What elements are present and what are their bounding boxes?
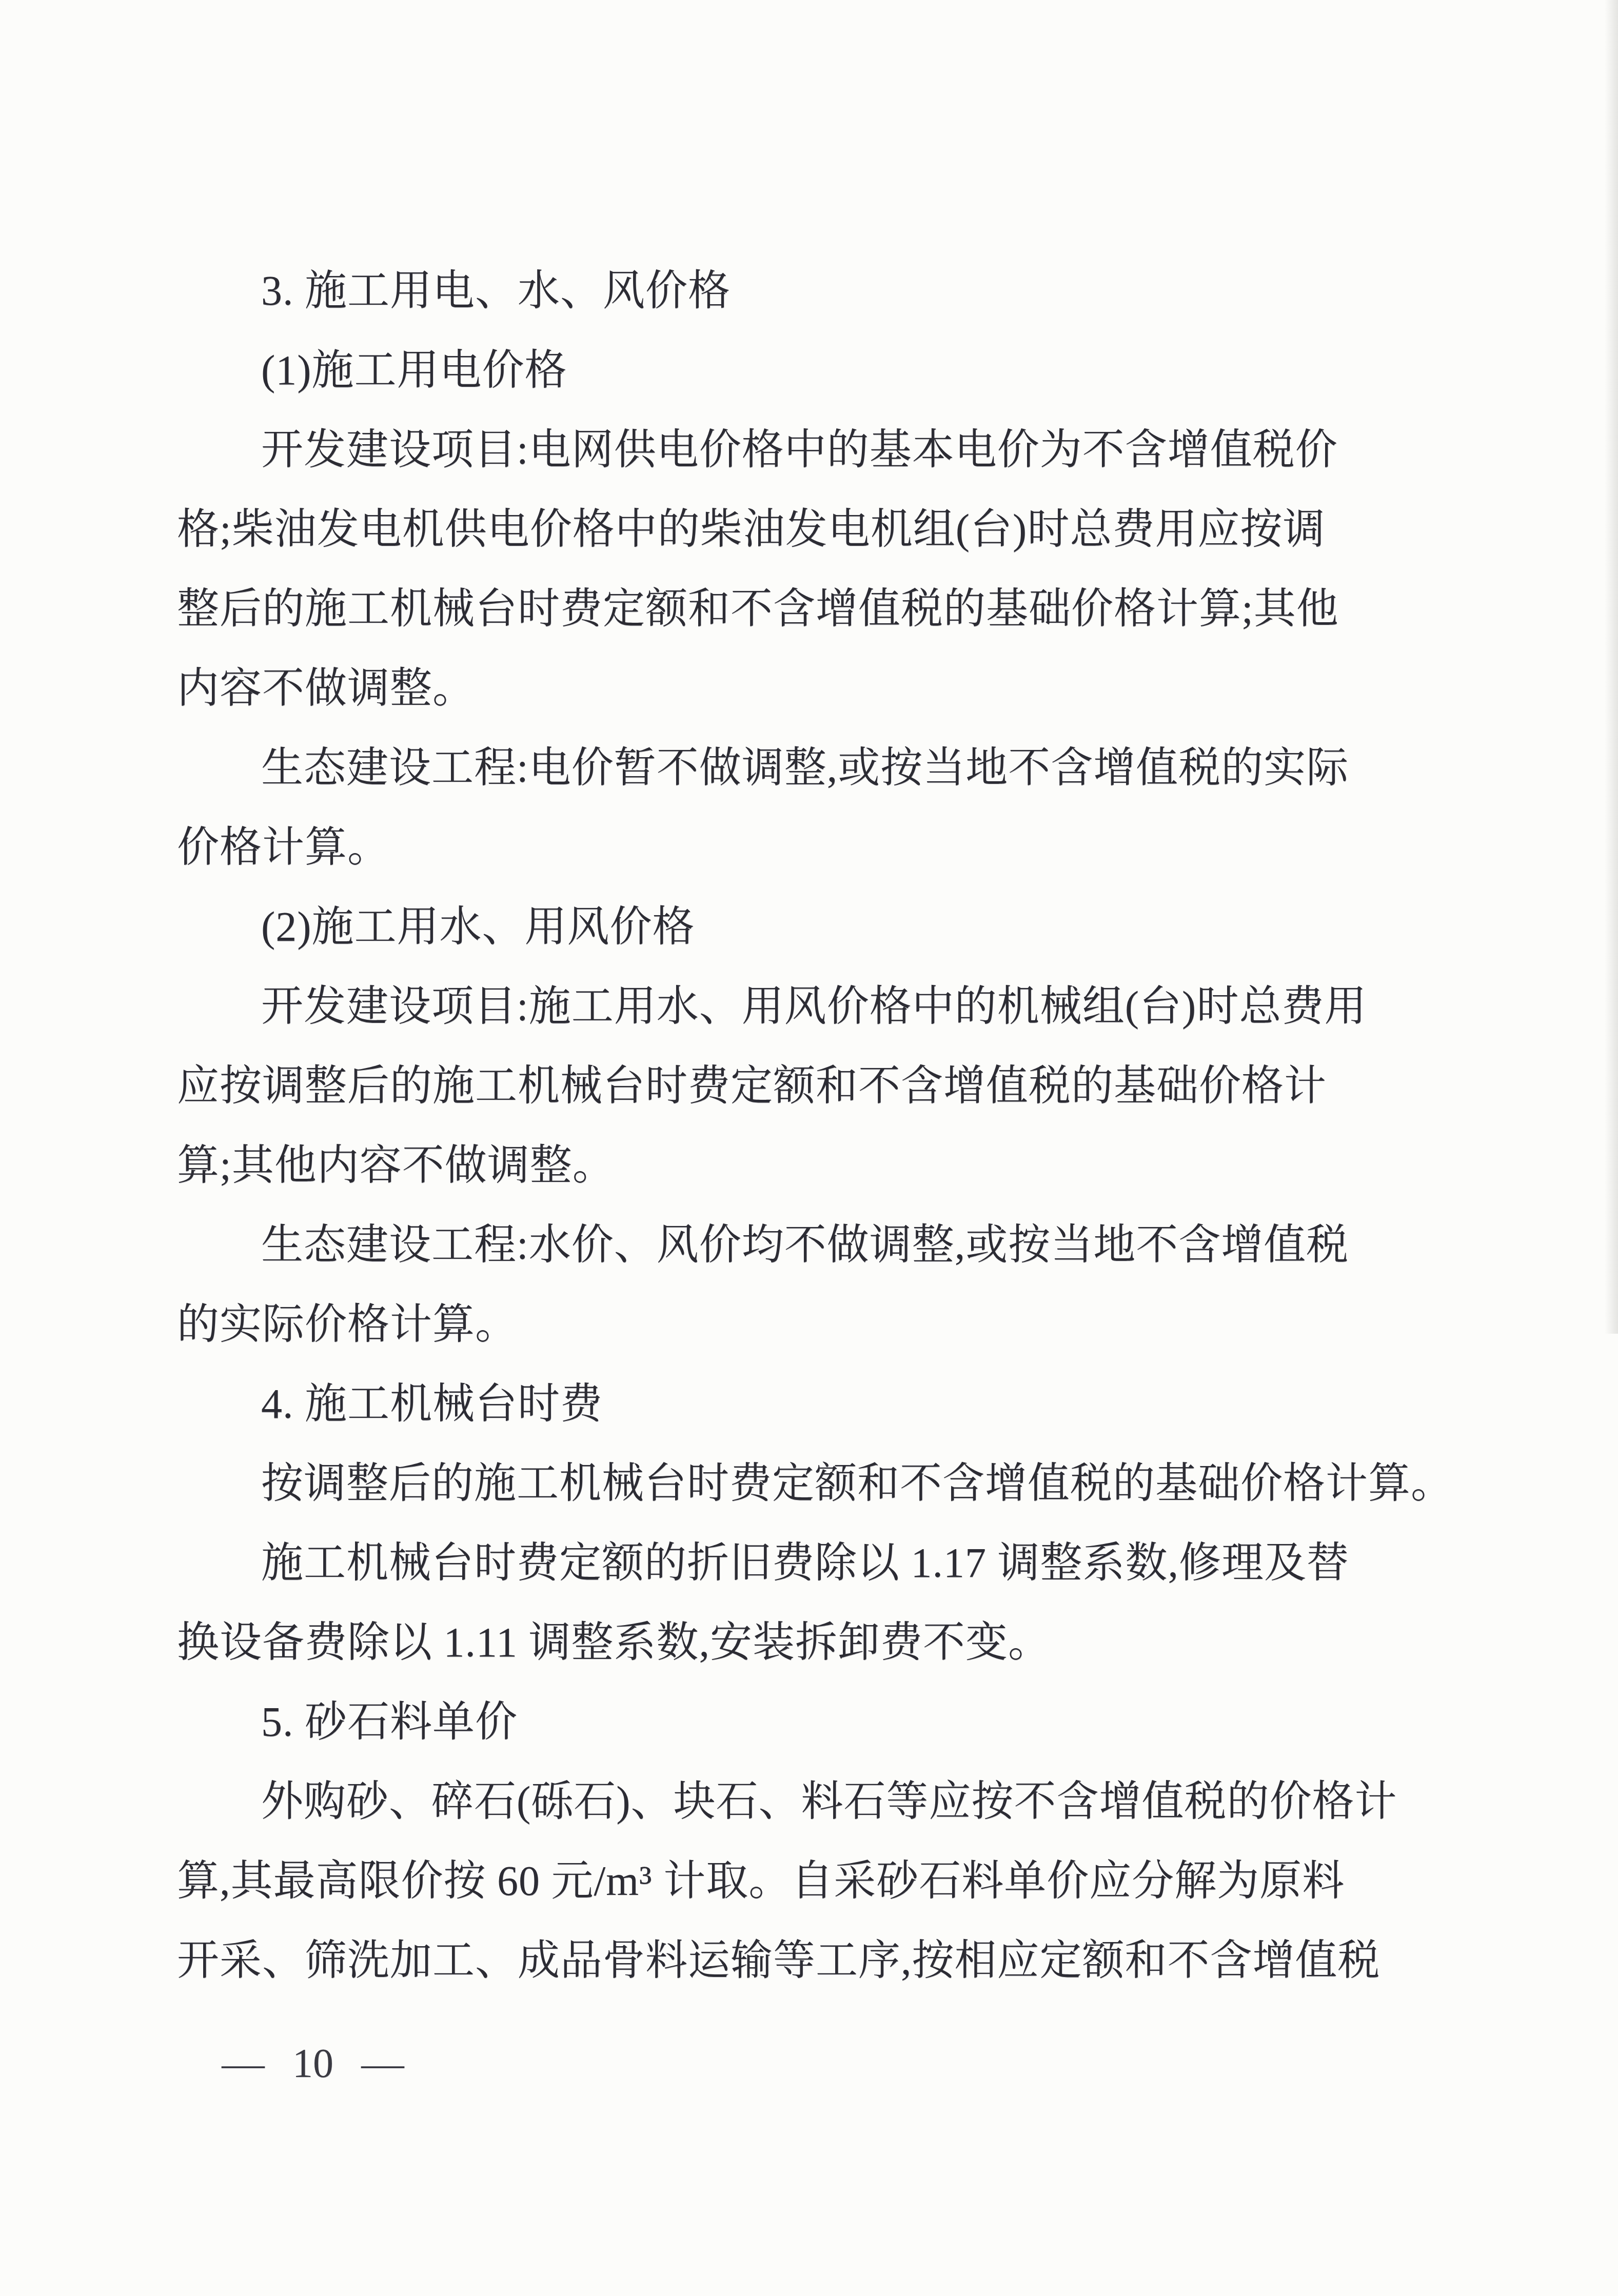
text-line: 开发建设项目:施工用水、用风价格中的机械组(台)时总费用 xyxy=(177,966,1418,1046)
text-line: 应按调整后的施工机械台时费定额和不含增值税的基础价格计 xyxy=(177,1046,1418,1125)
text-line: 内容不做调整。 xyxy=(177,648,1418,728)
text-line: 5. 砂石料单价 xyxy=(177,1682,1418,1761)
text-line: 生态建设工程:电价暂不做调整,或按当地不含增值税的实际 xyxy=(177,728,1418,807)
text-line: 外购砂、碎石(砾石)、块石、料石等应按不含增值税的价格计 xyxy=(177,1761,1418,1841)
text-line: (2)施工用水、用风价格 xyxy=(177,887,1418,966)
text-line: 换设备费除以 1.11 调整系数,安装拆卸费不变。 xyxy=(177,1602,1418,1682)
page-footer: — 10 — xyxy=(224,2041,402,2087)
text-line: 开采、筛洗加工、成品骨料运输等工序,按相应定额和不含增值税 xyxy=(177,1921,1418,2000)
text-line: 算,其最高限价按 60 元/m³ 计取。自采砂石料单价应分解为原料 xyxy=(177,1841,1418,1921)
scan-edge-shade xyxy=(1605,0,1618,1334)
text-line: 施工机械台时费定额的折旧费除以 1.17 调整系数,修理及替 xyxy=(177,1523,1418,1602)
text-line: 算;其他内容不做调整。 xyxy=(177,1125,1418,1205)
text-line: 整后的施工机械台时费定额和不含增值税的基础价格计算;其他 xyxy=(177,569,1418,648)
footer-dash-right: — xyxy=(361,2042,404,2086)
document-page: 3. 施工用电、水、风价格(1)施工用电价格开发建设项目:电网供电价格中的基本电… xyxy=(0,0,1618,2296)
text-line: 价格计算。 xyxy=(177,807,1418,887)
text-line: 的实际价格计算。 xyxy=(177,1284,1418,1364)
text-line: 3. 施工用电、水、风价格 xyxy=(177,251,1418,330)
text-line: 格;柴油发电机供电价格中的柴油发电机组(台)时总费用应按调 xyxy=(177,489,1418,569)
footer-page-number: 10 xyxy=(292,2041,333,2087)
text-line: 4. 施工机械台时费 xyxy=(177,1364,1418,1443)
footer-dash-left: — xyxy=(222,2042,265,2086)
text-line: 按调整后的施工机械台时费定额和不含增值税的基础价格计算。 xyxy=(177,1443,1418,1523)
document-text-block: 3. 施工用电、水、风价格(1)施工用电价格开发建设项目:电网供电价格中的基本电… xyxy=(177,251,1418,2000)
text-line: 生态建设工程:水价、风价均不做调整,或按当地不含增值税 xyxy=(177,1205,1418,1284)
text-line: (1)施工用电价格 xyxy=(177,330,1418,410)
text-line: 开发建设项目:电网供电价格中的基本电价为不含增值税价 xyxy=(177,410,1418,489)
